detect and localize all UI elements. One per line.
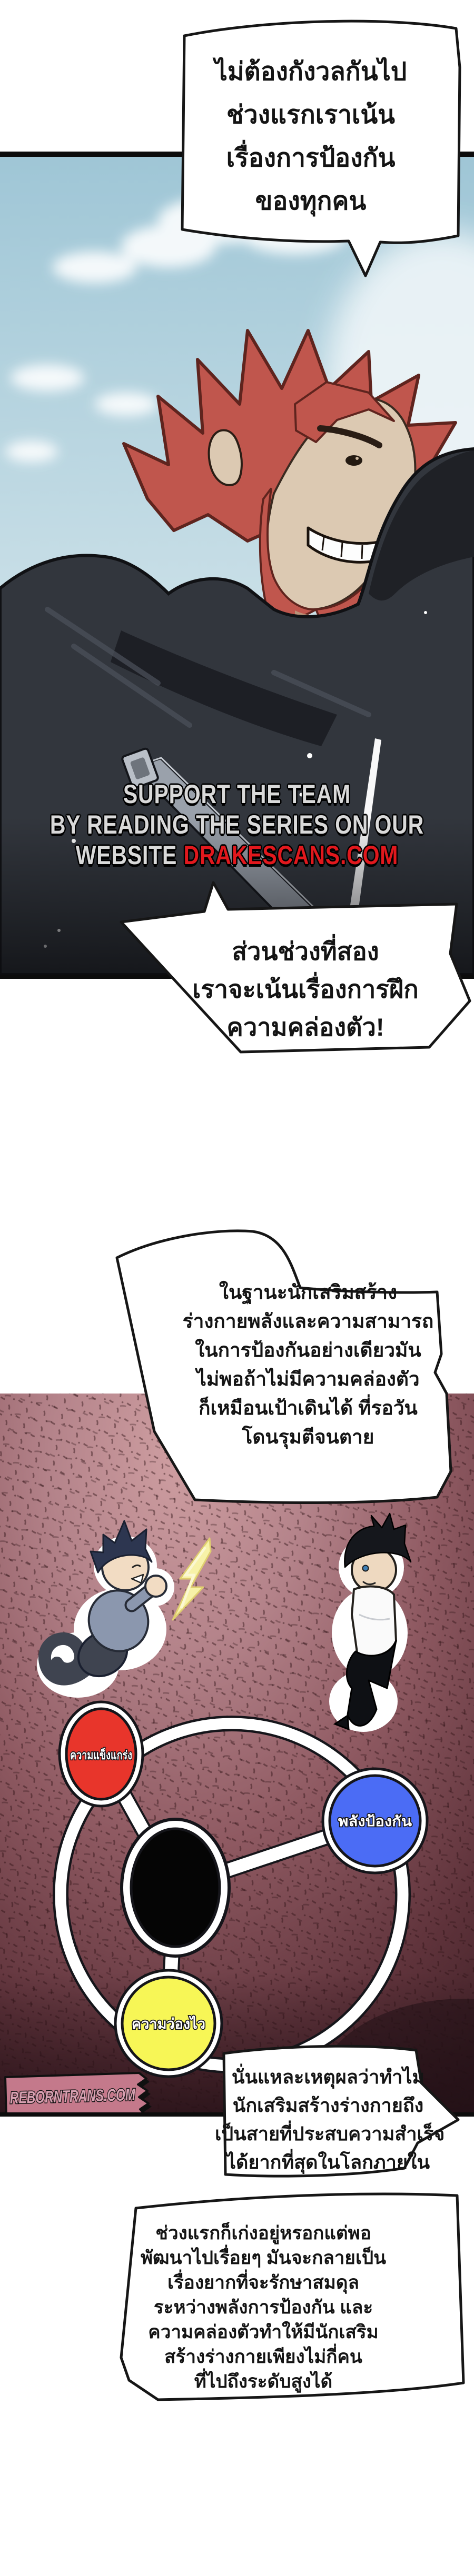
eye-glint xyxy=(355,457,359,460)
bubble-3-text: ในฐานะนักเสริมสร้าง ร่างกายพลังและความสา… xyxy=(150,1278,466,1451)
bubble-3-line: ก็เหมือนเป้าเดินได้ ที่รอวัน xyxy=(150,1394,466,1422)
bubble-3-line: ในฐานะนักเสริมสร้าง xyxy=(150,1278,466,1307)
bubble-3-line: ในการป้องกันอย่างเดียวมัน xyxy=(150,1336,466,1365)
promo-website-label: WEBSITE xyxy=(76,840,184,870)
watermark-banner: REBORNTRANS.COM xyxy=(5,2073,152,2112)
diagram-node-defense: พลังป้องกัน xyxy=(323,1769,427,1873)
promo-line-1: SUPPORT THE TEAM xyxy=(43,779,431,809)
bubble-5-line: เรื่องยากที่จะรักษาสมดุล xyxy=(105,2270,421,2295)
bubble-4-line: ได้ยากที่สุดในโลกภายใน xyxy=(215,2148,441,2177)
diagram-node-agility-label: ความว่องไว xyxy=(132,2016,205,2032)
bubble-5-line: ระหว่างพลังการป้องกัน และ xyxy=(105,2295,421,2320)
bubble-1-line: ไม่ต้องกังวลกันไป xyxy=(179,51,442,94)
bubble-2-line: ความคล่องตัว! xyxy=(174,1008,437,1046)
bubble-5-line: สร้างร่างกายเพียงไม่กี่คน xyxy=(105,2344,421,2369)
bubble-2-line: ส่วนช่วงที่สอง xyxy=(174,933,437,970)
bubble-5-line: ความคล่องตัวทำให้มีนักเสริม xyxy=(105,2320,421,2344)
promo-line-3: WEBSITE DRAKESCANS.COM xyxy=(43,840,431,870)
chibi-attacker-fist xyxy=(145,1576,166,1597)
bubble-2-text: ส่วนช่วงที่สอง เราจะเน้นเรื่องการฝึก ควา… xyxy=(174,933,437,1046)
promo-overlay: SUPPORT THE TEAM BY READING THE SERIES O… xyxy=(0,779,474,870)
bubble-1-line: ช่วงแรกเราเน้น xyxy=(179,94,442,137)
bubble-3-line: ร่างกายพลังและความสามารถ xyxy=(150,1307,466,1336)
webtoon-page: SUPPORT THE TEAM BY READING THE SERIES O… xyxy=(0,0,474,2576)
bubble-3-line: ไม่พอถ้าไม่มีความคล่องตัว xyxy=(150,1365,466,1394)
bubble-5-line: พัฒนาไปเรื่อยๆ มันจะกลายเป็น xyxy=(105,2246,421,2270)
bubble-1-line: ของทุกคน xyxy=(179,180,442,223)
bubble-5-line: ช่วงแรกก็เก่งอยู่หรอกแต่พอ xyxy=(105,2221,421,2246)
promo-line-2: BY READING THE SERIES ON OUR xyxy=(43,809,431,840)
bubble-4-line: นักเสริมสร้างร่างกายถึง xyxy=(215,2091,441,2120)
bubble-3-line: โดนรุมตีจนตาย xyxy=(150,1422,466,1451)
chibi-observer-eye xyxy=(363,1566,369,1571)
bubble-4-line: เป็นสายที่ประสบความสำเร็จ xyxy=(215,2120,441,2148)
diagram-node-agility: ความว่องไว xyxy=(115,1970,222,2077)
watermark-text: REBORNTRANS.COM xyxy=(9,2085,136,2107)
diagram-node-strength-label: ความแข็งแกร่ง xyxy=(70,1747,132,1762)
bubble-1-line: เรื่องการป้องกัน xyxy=(179,137,442,180)
bubble-5-line: ที่ไปถึงระดับสูงได้ xyxy=(105,2369,421,2394)
bubble-4-text: นั่นแหละเหตุผลว่าทำไม นักเสริมสร้างร่างก… xyxy=(215,2063,441,2177)
bubble-5-text: ช่วงแรกก็เก่งอยู่หรอกแต่พอ พัฒนาไปเรื่อย… xyxy=(105,2221,421,2394)
bubble-4-line: นั่นแหละเหตุผลว่าทำไม xyxy=(215,2063,441,2091)
chibi-observer-shirt xyxy=(352,1587,396,1656)
diagram-core-node xyxy=(131,1829,220,1947)
diagram-node-strength: ความแข็งแกร่ง xyxy=(60,1702,143,1806)
diagram-node-defense-label: พลังป้องกัน xyxy=(338,1813,412,1829)
promo-site-url: DRAKESCANS.COM xyxy=(183,840,398,870)
bubble-1-text: ไม่ต้องกังวลกันไป ช่วงแรกเราเน้น เรื่องก… xyxy=(179,51,442,223)
eye xyxy=(345,455,362,466)
bubble-2-line: เราจะเน้นเรื่องการฝึก xyxy=(174,970,437,1008)
